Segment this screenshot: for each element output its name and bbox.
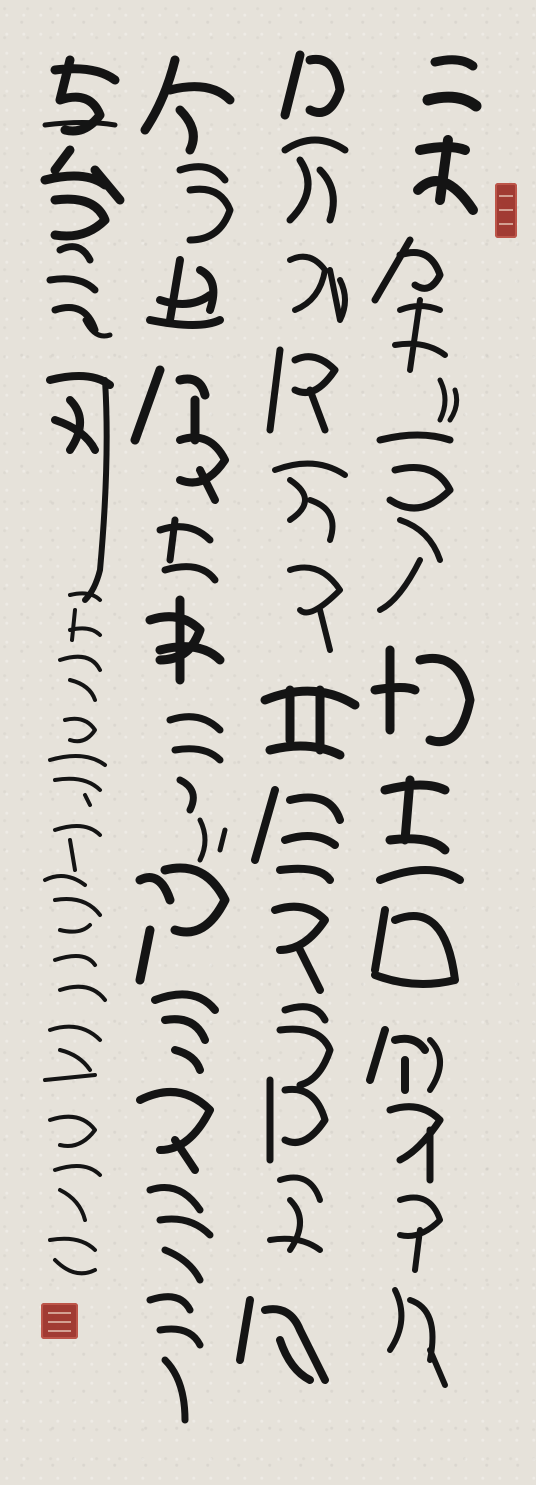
seal-upper-right xyxy=(495,183,517,238)
column-3 xyxy=(135,60,230,1420)
calligraphy-ink xyxy=(0,0,536,1485)
inscription-column xyxy=(45,593,105,1273)
column-4 xyxy=(45,60,120,600)
calligraphy-scroll: Highly cursive script; exact characters … xyxy=(0,0,536,1485)
column-2 xyxy=(240,55,355,1380)
column-1 xyxy=(370,60,476,1385)
seal-lower-left xyxy=(41,1303,78,1339)
